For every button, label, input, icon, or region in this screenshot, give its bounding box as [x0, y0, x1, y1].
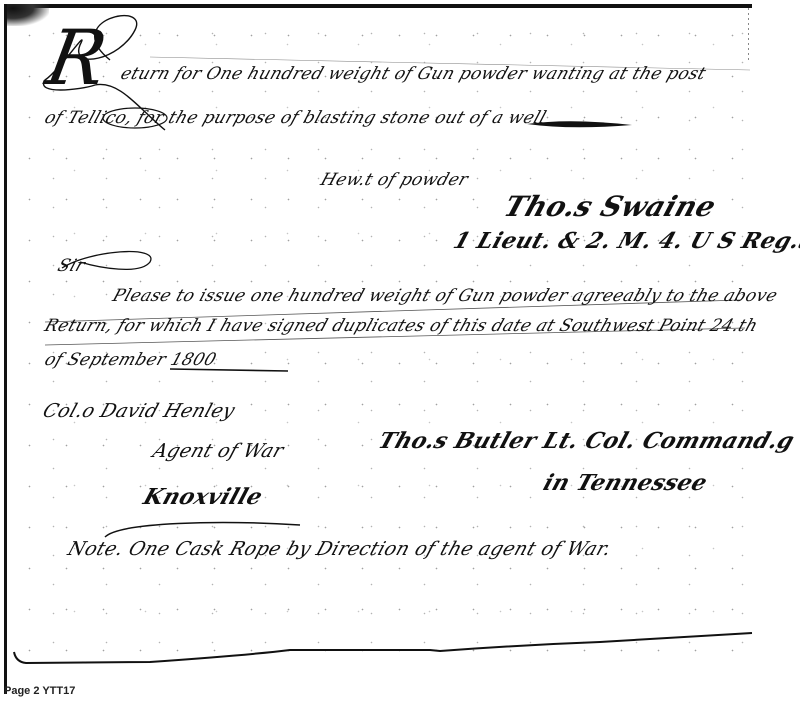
page-label: Page 2 YTT17: [4, 685, 75, 697]
body-line-3-date: of September 1800: [42, 350, 219, 370]
addressee-title: Agent of War: [150, 440, 287, 462]
signer-2-name: Tho.s Butler Lt. Col. Command.g: [375, 428, 798, 454]
subheading-quantity: Hew.t of powder: [318, 170, 471, 190]
signer-1-title: 1 Lieut. & 2. M. 4. U S Reg.t: [450, 228, 800, 254]
signer-1-name: Tho.s Swaine: [500, 190, 720, 223]
scanned-document-page: R eturn for One hundred weight of Gun po…: [0, 0, 800, 701]
body-line-2: Return, for which I have signed duplicat…: [42, 316, 760, 336]
note-line: Note. One Cask Rope by Direction of the …: [65, 538, 614, 560]
heading-line-1: eturn for One hundred weight of Gun powd…: [118, 64, 709, 84]
body-line-1: Please to issue one hundred weight of Gu…: [110, 286, 780, 306]
addressee-location: Knoxville: [140, 484, 266, 510]
signer-2-location: in Tennessee: [540, 470, 711, 496]
heading-line-2: of Tellico, for the purpose of blasting …: [42, 108, 549, 128]
addressee-name: Col.o David Henley: [40, 400, 238, 422]
